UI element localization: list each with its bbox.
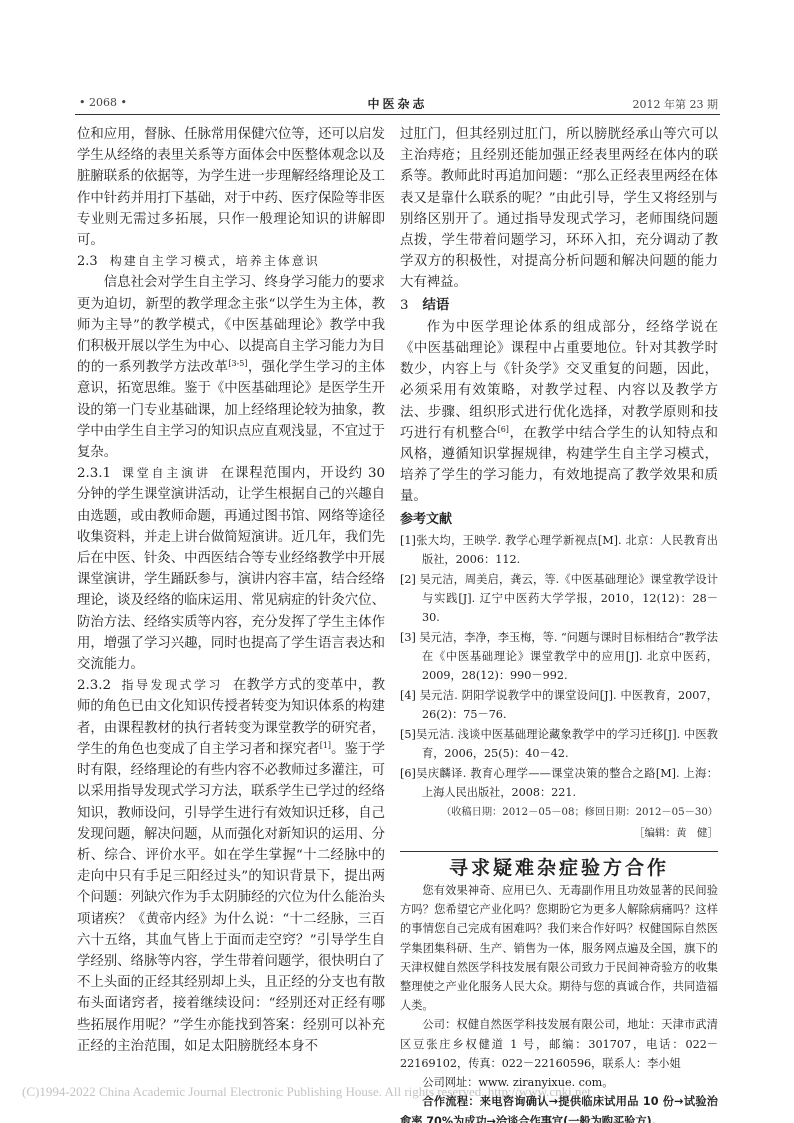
issue-label: 2012 年第 23 期 [633, 96, 718, 112]
section-number: 3 [400, 298, 409, 313]
section-number: 2.3 [77, 254, 98, 269]
section-heading-3: 3结语 [400, 295, 718, 316]
subsection-number: 2.3.2 [77, 678, 111, 693]
subsection-2-3-1: 2.3.1课堂自主演讲在课程范围内，开设约 30 分钟的学生课堂演讲活动，让学生… [77, 463, 385, 675]
received-dates: （收稿日期：2012－05－08；修回日期：2012－05－30） [400, 803, 718, 823]
journal-name: 中医杂志 [75, 95, 720, 112]
section-title: 结语 [423, 298, 450, 313]
citation: [6] [498, 425, 509, 434]
reference-item: [6]吴庆麟译. 教育心理学——课堂决策的整合之路[M]. 上海：上海人民出版社… [400, 764, 718, 802]
references-title: 参考文献 [400, 509, 718, 530]
reference-item: [1]张大均，王映学. 教学心理学新视点[M]. 北京：人民教育出版社，2006… [400, 531, 718, 569]
subsection-2-3-2: 2.3.2指导发现式学习在教学方式的变革中，教师的角色已由文化知识传授者转变为知… [77, 675, 385, 1057]
ad-paragraph: 您有效果神奇、应用已久、无毒副作用且功效显著的民间验方吗？您希望它产业化吗？您期… [400, 881, 718, 1015]
ad-contact: 公司：权健自然医学科技发展有限公司，地址：天津市武清区豆张庄乡权健道 1 号，邮… [400, 1015, 718, 1073]
ad-divider [400, 851, 718, 852]
text: 在课程范围内，开设约 30 分钟的学生课堂演讲活动，让学生根据自己的兴趣自由选题… [77, 466, 385, 672]
section-title: 构建自主学习模式，培养主体意识 [110, 254, 320, 268]
text: 作为中医学理论体系的组成部分，经络学说在《中医基础理论》课程中占重要地位。针对其… [400, 320, 718, 441]
citation: [3-5] [228, 359, 247, 368]
paragraph: 信息社会对学生自主学习、终身学习能力的要求更为迫切，新型的教学理念主张“以学生为… [77, 272, 385, 463]
text: 。鉴于学时有限，经络理论的有些内容不必教师过多灌注，可以采用指导发现式学习方法，… [77, 742, 385, 1054]
paragraph: 过肛门，但其经别过肛门，所以膀胱经承山等穴可以主治痔疮；且经别还能加强正经表里两… [400, 124, 718, 294]
ad-title: 寻求疑难杂症验方合作 [400, 858, 718, 879]
left-column: 位和应用，督脉、任脉常用保健穴位等，还可以启发学生从经络的表里关系等方面体会中医… [77, 124, 385, 1057]
page-header: • 2068 • 中医杂志 2012 年第 23 期 [75, 92, 720, 115]
copyright-footer: (C)1994-2022 China Academic Journal Elec… [22, 1084, 591, 1100]
reference-item: [4] 吴元洁. 阴阳学说教学中的课堂设问[J]. 中医教育，2007，26(2… [400, 686, 718, 724]
paragraph: 作为中医学理论体系的组成部分，经络学说在《中医基础理论》课程中占重要地位。针对其… [400, 317, 718, 508]
subsection-title: 指导发现式学习 [121, 678, 223, 692]
right-column: 过肛门，但其经别过肛门，所以膀胱经承山等穴可以主治痔疮；且经别还能加强正经表里两… [400, 124, 718, 1123]
paragraph: 位和应用，督脉、任脉常用保健穴位等，还可以启发学生从经络的表里关系等方面体会中医… [77, 124, 385, 251]
reference-item: [3] 吴元洁，李净，李玉梅，等. “问题与课时目标相结合”教学法在《中医基础理… [400, 628, 718, 685]
reference-item: [5]吴元洁. 浅谈中医基础理论藏象教学中的学习迁移[J]. 中医教育，2006… [400, 725, 718, 763]
subsection-number: 2.3.1 [77, 466, 111, 481]
reference-item: [2] 吴元洁，周美启，龚云，等.《中医基础理论》课堂教学设计与实践[J]. 辽… [400, 570, 718, 627]
citation: [1] [320, 741, 331, 750]
references-list: [1]张大均，王映学. 教学心理学新视点[M]. 北京：人民教育出版社，2006… [400, 531, 718, 802]
editor-credit: ［编辑：黄 健］ [400, 823, 718, 843]
subsection-title: 课堂自主演讲 [121, 466, 211, 480]
section-heading-2-3: 2.3构建自主学习模式，培养主体意识 [77, 251, 385, 272]
